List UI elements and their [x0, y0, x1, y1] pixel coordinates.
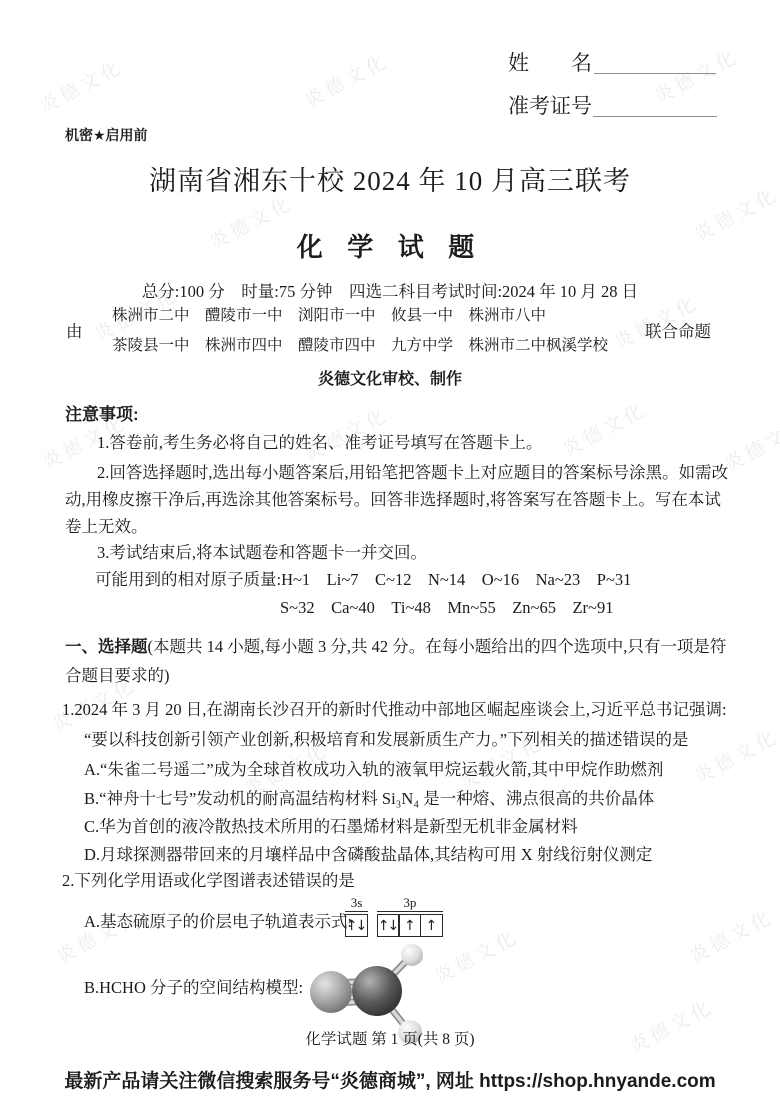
watermark-text: 炎德文化: [649, 42, 743, 109]
section-1-desc-line-2: 合题目要求的): [65, 666, 170, 687]
committee-schools-row1: 株洲市二中 醴陵市一中 浏阳市一中 攸县一中 株洲市八中: [112, 306, 546, 325]
question-2-option-a-label: A.基态硫原子的价层电子轨道表示式:: [84, 912, 352, 933]
notes-item-3: 3.考试结束后,将本试题卷和答题卡一并交回。: [97, 543, 427, 564]
orbital-box: ↑: [398, 914, 421, 937]
confidential-label: 机密★启用前: [65, 127, 148, 145]
watermark-text: 炎德文化: [34, 52, 128, 119]
hydrogen-atom: [401, 944, 423, 966]
exam-paper-page: 炎德文化 炎德文化 炎德文化 炎德文化 炎德文化 炎德文化 炎德文化 炎德文化 …: [0, 0, 780, 1104]
promo-banner: 最新产品请关注微信搜索服务号“炎德商城”, 网址 https://shop.hn…: [0, 1070, 780, 1094]
committee-schools-row2: 茶陵县一中 株洲市四中 醴陵市四中 九方中学 株洲市二中枫溪学校: [112, 336, 608, 355]
committee-joint-label: 联合命题: [645, 322, 711, 343]
orbital-diagram: 3s ↑↓ 3p ↑↓ ↑ ↑: [345, 896, 443, 937]
watermark-text: 炎德文化: [719, 410, 780, 477]
oxygen-atom: [310, 971, 352, 1013]
section-1-heading: 一、选择题(本题共 14 小题,每小题 3 分,共 42 分。在每小题给出的四个…: [65, 637, 726, 658]
question-1-option-b: B.“神舟十七号”发动机的耐高温结构材料 Si₃N₄ 是一种熔、沸点很高的共价晶…: [84, 789, 654, 810]
question-2-line-1: 2.下列化学用语或化学图谱表述错误的是: [62, 871, 355, 892]
notes-heading: 注意事项:: [65, 404, 139, 425]
orbital-3p-boxes: ↑↓ ↑ ↑: [377, 914, 443, 937]
section-1-title: 一、选择题: [65, 637, 148, 656]
question-1-option-a: A.“朱雀二号遥二”成为全球首枚成功入轨的液氧甲烷运载火箭,其中甲烷作助燃剂: [84, 760, 663, 781]
notes-item-2-line-3: 卷上无效。: [65, 517, 148, 538]
committee-by-label: 由: [66, 322, 83, 343]
carbon-atom: [352, 966, 402, 1016]
notes-item-1: 1.答卷前,考生务必将自己的姓名、准考证号填写在答题卡上。: [97, 433, 543, 454]
question-1-option-c: C.华为首创的液冷散热技术所用的石墨烯材料是新型无机非金属材料: [84, 817, 578, 838]
ticket-number-field-label: 准考证号: [508, 93, 592, 119]
orbital-3s-boxes: ↑↓: [345, 914, 368, 937]
question-1-line-1: 1.2024 年 3 月 20 日,在湖南长沙召开的新时代推动中部地区崛起座谈会…: [62, 700, 727, 721]
orbital-box: ↑↓: [345, 914, 368, 937]
watermark-text: 炎德文化: [684, 902, 778, 969]
question-2-option-b-label: B.HCHO 分子的空间结构模型:: [84, 978, 303, 999]
watermark-text: 炎德文化: [299, 46, 393, 113]
name-field-blank: [594, 73, 716, 74]
orbital-3s-group: 3s ↑↓: [345, 896, 368, 937]
name-field-label: 姓 名: [508, 50, 592, 76]
watermark-text: 炎德文化: [557, 395, 651, 462]
notes-item-2-line-2: 动,用橡皮擦干净后,再选涂其他答案标号。回答非选择题时,将答案写在答题卡上。写在…: [65, 490, 721, 511]
atomic-masses-line-2: S~32 Ca~40 Ti~48 Mn~55 Zn~65 Zr~91: [280, 598, 613, 619]
exam-main-title: 湖南省湘东十校 2024 年 10 月高三联考: [0, 165, 780, 199]
page-number-footer: 化学试题 第 1 页(共 8 页): [0, 1030, 780, 1049]
producer-line: 炎德文化审校、制作: [0, 370, 780, 390]
orbital-3p-label: 3p: [377, 896, 443, 912]
notes-item-2-line-1: 2.回答选择题时,选出每小题答案后,用铅笔把答题卡上对应题目的答案标号涂黑。如需…: [97, 463, 728, 484]
orbital-box: ↑↓: [377, 914, 400, 937]
question-1-line-2: “要以科技创新引领产业创新,积极培育和发展新质生产力。”下列相关的描述错误的是: [84, 730, 689, 751]
orbital-3s-label: 3s: [345, 896, 368, 912]
question-1-option-d: D.月球探测器带回来的月壤样品中含磷酸盐晶体,其结构可用 X 射线衍射仪测定: [84, 845, 652, 866]
orbital-box: ↑: [420, 914, 443, 937]
watermark-text: 炎德文化: [689, 722, 780, 789]
ticket-number-field-blank: [593, 116, 717, 117]
section-1-desc-line-1: (本题共 14 小题,每小题 3 分,共 42 分。在每小题给出的四个选项中,只…: [148, 637, 727, 656]
watermark-text: 炎德文化: [429, 922, 523, 989]
orbital-3p-group: 3p ↑↓ ↑ ↑: [377, 896, 443, 937]
exam-info-line: 总分:100 分 时量:75 分钟 四选二科目考试时间:2024 年 10 月 …: [0, 282, 780, 303]
atomic-masses-line-1: 可能用到的相对原子质量:H~1 Li~7 C~12 N~14 O~16 Na~2…: [95, 570, 631, 591]
exam-subject-title: 化 学 试 题: [0, 232, 780, 265]
